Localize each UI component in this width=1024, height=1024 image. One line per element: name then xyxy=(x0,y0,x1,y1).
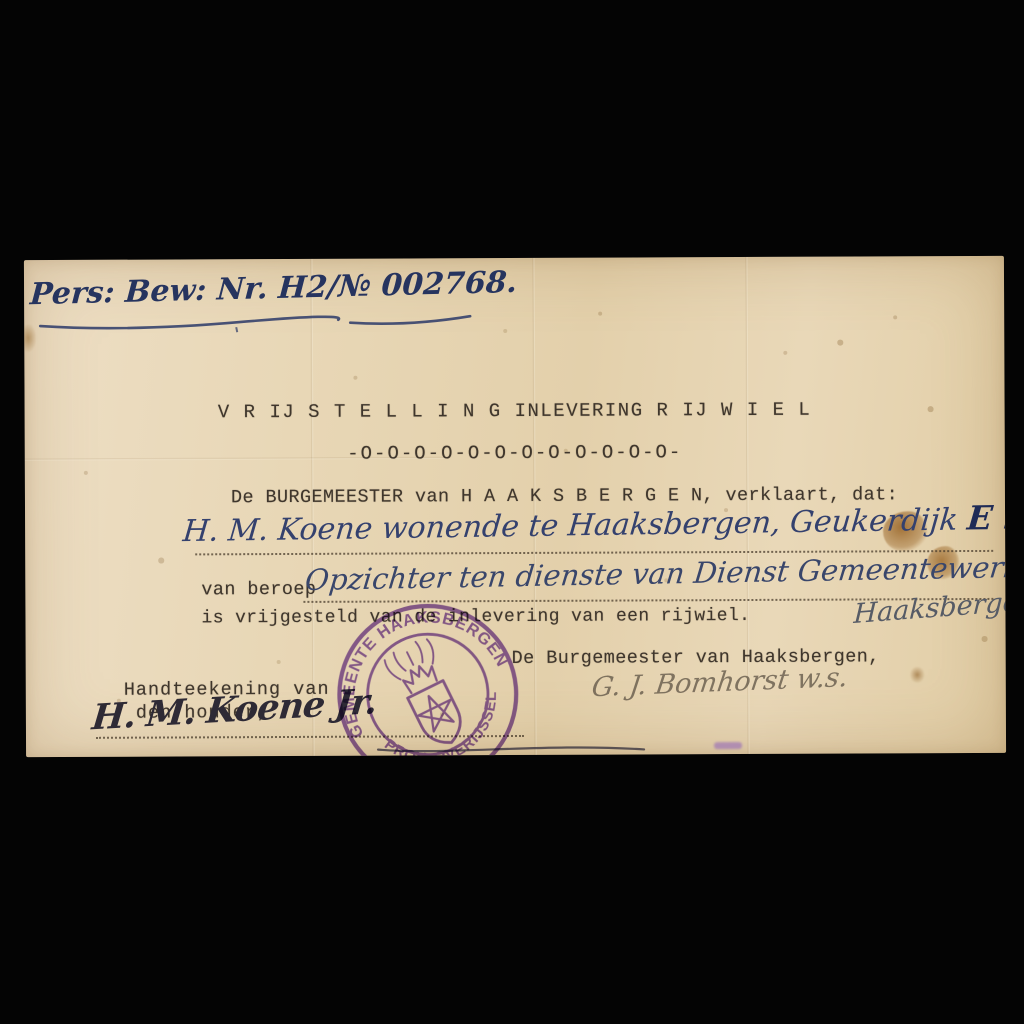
stamp-pentagram xyxy=(413,688,460,734)
foxing-specks xyxy=(24,260,26,262)
scanned-document-photo: Pers: Bew: Nr. H2/№ 002768. V R IJ S T E… xyxy=(0,0,1024,1024)
profession-place-handwriting: Haaksbergen xyxy=(853,585,1006,630)
title-separator-ornament: -O-O-O-O-O-O-O-O-O-O-O-O- xyxy=(25,440,1005,466)
edge-stain xyxy=(24,324,36,352)
ink-stain xyxy=(910,666,925,683)
profession-handwriting: Opzichter ten dienste van Dienst Gemeent… xyxy=(304,550,1007,598)
house-number-text: E 96 xyxy=(966,497,1006,537)
registration-underline-stroke xyxy=(38,310,474,334)
tiny-purple-imprint xyxy=(714,742,742,749)
name-entry-text: H. M. Koene wonende te Haaksbergen, Geuk… xyxy=(181,503,959,550)
document-title: V R IJ S T E L L I N G INLEVERING R IJ W… xyxy=(25,398,1005,424)
document-paper: Pers: Bew: Nr. H2/№ 002768. V R IJ S T E… xyxy=(24,256,1006,757)
stamp-crown xyxy=(401,661,439,694)
profession-label: van beroep xyxy=(201,579,316,601)
municipal-stamp: GEMEENTE HAAKSBERGEN PROV. OVERIJSSEL xyxy=(333,600,522,757)
registration-number-handwriting: Pers: Bew: Nr. H2/№ 002768. xyxy=(29,265,518,312)
